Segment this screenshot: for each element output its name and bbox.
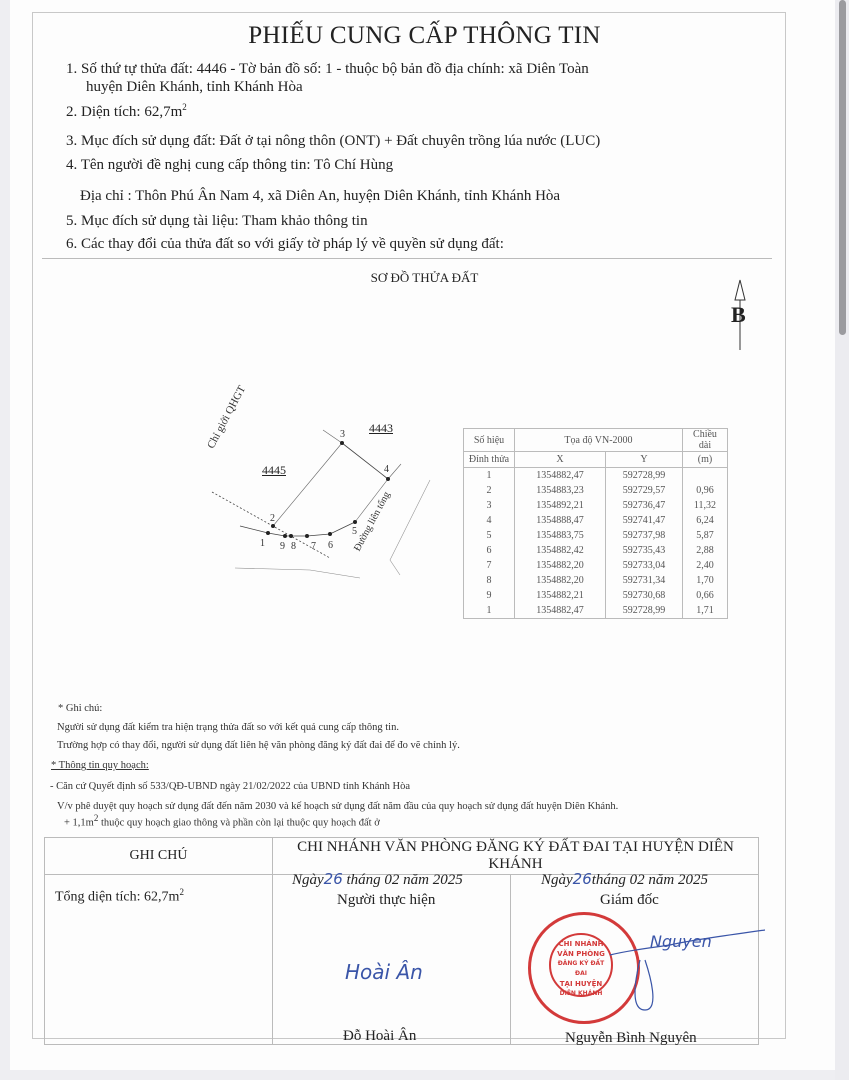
director-role: Giám đốc xyxy=(600,892,659,909)
svg-text:9: 9 xyxy=(280,541,285,552)
coord-cell-id: 4 xyxy=(464,513,515,528)
director-date-prefix: Ngày xyxy=(541,872,573,888)
planning-heading: * Thông tin quy hoạch: xyxy=(51,760,149,771)
coord-cell-y: 592741,47 xyxy=(606,513,683,528)
info-item-2: 2. Diện tích: 62,7m2 xyxy=(66,102,187,121)
coord-cell-y: 592729,57 xyxy=(606,483,683,498)
coord-cell-y: 592735,43 xyxy=(606,543,683,558)
svg-text:5: 5 xyxy=(352,526,357,537)
total-area-sup: 2 xyxy=(179,887,184,897)
coord-cell-len: 0,66 xyxy=(683,588,728,603)
info-item-1: 1. Số thứ tự thửa đất: 4446 - Tờ bản đồ … xyxy=(66,61,589,78)
coord-row: 11354882,47592728,99 xyxy=(464,468,728,484)
coord-cell-y: 592730,68 xyxy=(606,588,683,603)
coord-row: 51354883,75592737,985,87 xyxy=(464,528,728,543)
coord-cell-len: 2,88 xyxy=(683,543,728,558)
director-date-rest: tháng 02 năm 2025 xyxy=(592,872,708,888)
coord-row: 21354883,23592729,570,96 xyxy=(464,483,728,498)
coord-cell-len: 1,70 xyxy=(683,573,728,588)
coord-cell-y: 592733,04 xyxy=(606,558,683,573)
coord-row: 41354888,47592741,476,24 xyxy=(464,513,728,528)
coord-cell-y: 592736,47 xyxy=(606,498,683,513)
performer-date-rest: tháng 02 năm 2025 xyxy=(343,872,463,888)
coord-cell-len: 2,40 xyxy=(683,558,728,573)
coord-cell-x: 1354888,47 xyxy=(515,513,606,528)
coord-cell-y: 592737,98 xyxy=(606,528,683,543)
header-point2: Đỉnh thửa xyxy=(464,452,515,468)
coord-cell-len xyxy=(683,468,728,484)
svg-text:8: 8 xyxy=(291,541,296,552)
coord-cell-y: 592728,99 xyxy=(606,468,683,484)
vertex-1: 1 xyxy=(260,538,265,549)
neighbor-parcel-4443: 4443 xyxy=(369,421,393,436)
note-heading: * Ghi chú: xyxy=(58,703,102,714)
planning-item-prefix: + 1,1m xyxy=(64,818,94,829)
header-coord: Tọa độ VN-2000 xyxy=(515,429,683,452)
diagram-title: SƠ ĐỒ THỬA ĐẤT xyxy=(0,270,849,286)
note-header: GHI CHÚ xyxy=(45,838,273,875)
office-header: CHI NHÁNH VĂN PHÒNG ĐĂNG KÝ ĐẤT ĐAI TẠI … xyxy=(273,838,759,875)
header-point: Số hiệu xyxy=(464,429,515,452)
coord-cell-x: 1354892,21 xyxy=(515,498,606,513)
coord-cell-len: 1,71 xyxy=(683,603,728,619)
neighbor-parcel-4445: 4445 xyxy=(262,463,286,478)
total-area-text: Tổng diện tích: 62,7m xyxy=(55,890,179,905)
coord-row: 11354882,47592728,991,71 xyxy=(464,603,728,619)
coord-cell-x: 1354882,20 xyxy=(515,558,606,573)
header-length: Chiều dài xyxy=(683,429,728,452)
director-date: Ngày26tháng 02 năm 2025 xyxy=(541,870,708,889)
planning-item-rest: thuộc quy hoạch giao thông và phần còn l… xyxy=(98,818,379,829)
coord-cell-len: 0,96 xyxy=(683,483,728,498)
coord-row: 71354882,20592733,042,40 xyxy=(464,558,728,573)
coord-row: 81354882,20592731,341,70 xyxy=(464,573,728,588)
info-address: Địa chỉ : Thôn Phú Ân Nam 4, xã Diên An,… xyxy=(80,188,560,205)
coord-cell-id: 1 xyxy=(464,468,515,484)
header-unit: (m) xyxy=(683,452,728,468)
coord-cell-x: 1354883,75 xyxy=(515,528,606,543)
coord-cell-id: 2 xyxy=(464,483,515,498)
performer-role: Người thực hiện xyxy=(337,892,435,909)
performer-name: Đỗ Hoài Ân xyxy=(343,1028,416,1045)
coord-cell-y: 592731,34 xyxy=(606,573,683,588)
info-item-1-cont: huyện Diên Khánh, tỉnh Khánh Hòa xyxy=(86,79,303,96)
svg-text:6: 6 xyxy=(328,540,333,551)
total-area-cell: Tổng diện tích: 62,7m2 xyxy=(45,875,273,1045)
area-unit-sup: 2 xyxy=(182,102,187,112)
performer-date-day: 26 xyxy=(324,870,343,888)
performer-date: Ngày26 tháng 02 năm 2025 xyxy=(292,870,463,889)
planning-item: + 1,1m2 thuộc quy hoạch giao thông và ph… xyxy=(64,813,380,829)
note-line-2: Trường hợp có thay đổi, người sử dụng đấ… xyxy=(57,740,460,751)
coord-cell-id: 5 xyxy=(464,528,515,543)
info-item-3: 3. Mục đích sử dụng đất: Đất ở tại nông … xyxy=(66,133,600,150)
coord-cell-x: 1354882,20 xyxy=(515,573,606,588)
coord-cell-id: 8 xyxy=(464,573,515,588)
north-label: B xyxy=(731,302,746,328)
coord-cell-id: 1 xyxy=(464,603,515,619)
header-y: Y xyxy=(606,452,683,468)
svg-text:2: 2 xyxy=(270,513,275,524)
coord-row: 91354882,21592730,680,66 xyxy=(464,588,728,603)
coord-row: 31354892,21592736,4711,32 xyxy=(464,498,728,513)
divider xyxy=(42,258,772,259)
info-item-6: 6. Các thay đổi của thửa đất so với giấy… xyxy=(66,236,504,253)
info-item-5: 5. Mục đích sử dụng tài liệu: Tham khảo … xyxy=(66,213,368,230)
header-x: X xyxy=(515,452,606,468)
area-text: 2. Diện tích: 62,7m xyxy=(66,104,182,120)
svg-text:4: 4 xyxy=(384,464,389,475)
svg-text:7: 7 xyxy=(311,541,316,552)
director-signature: Nguyen xyxy=(650,932,712,951)
coord-cell-id: 3 xyxy=(464,498,515,513)
document-title: PHIẾU CUNG CẤP THÔNG TIN xyxy=(0,22,849,50)
coord-cell-id: 7 xyxy=(464,558,515,573)
info-item-4: 4. Tên người đề nghị cung cấp thông tin:… xyxy=(66,157,393,174)
performer-date-prefix: Ngày xyxy=(292,872,324,888)
coord-cell-id: 6 xyxy=(464,543,515,558)
coord-cell-x: 1354882,21 xyxy=(515,588,606,603)
director-date-day: 26 xyxy=(573,870,592,888)
performer-signature: Hoài Ân xyxy=(345,960,423,984)
parcel-diagram: 1 2 3 4 5 6 7 8 9 xyxy=(200,400,460,580)
coord-cell-len: 6,24 xyxy=(683,513,728,528)
svg-text:3: 3 xyxy=(340,429,345,440)
director-name: Nguyễn Bình Nguyên xyxy=(565,1030,697,1047)
coord-cell-y: 592728,99 xyxy=(606,603,683,619)
coord-row: 61354882,42592735,432,88 xyxy=(464,543,728,558)
coord-cell-id: 9 xyxy=(464,588,515,603)
coord-cell-x: 1354882,42 xyxy=(515,543,606,558)
planning-line-2: V/v phê duyệt quy hoạch sử dụng đất đến … xyxy=(57,801,618,812)
planning-line-1: - Căn cứ Quyết định số 533/QĐ-UBND ngày … xyxy=(50,781,410,792)
coord-cell-len: 11,32 xyxy=(683,498,728,513)
coord-cell-len: 5,87 xyxy=(683,528,728,543)
coordinate-table: Số hiệu Tọa độ VN-2000 Chiều dài Đỉnh th… xyxy=(463,428,728,619)
scrollbar-thumb[interactable] xyxy=(839,0,846,335)
coord-cell-x: 1354882,47 xyxy=(515,468,606,484)
note-line-1: Người sử dụng đất kiểm tra hiện trạng th… xyxy=(57,722,399,733)
coord-cell-x: 1354882,47 xyxy=(515,603,606,619)
coord-cell-x: 1354883,23 xyxy=(515,483,606,498)
